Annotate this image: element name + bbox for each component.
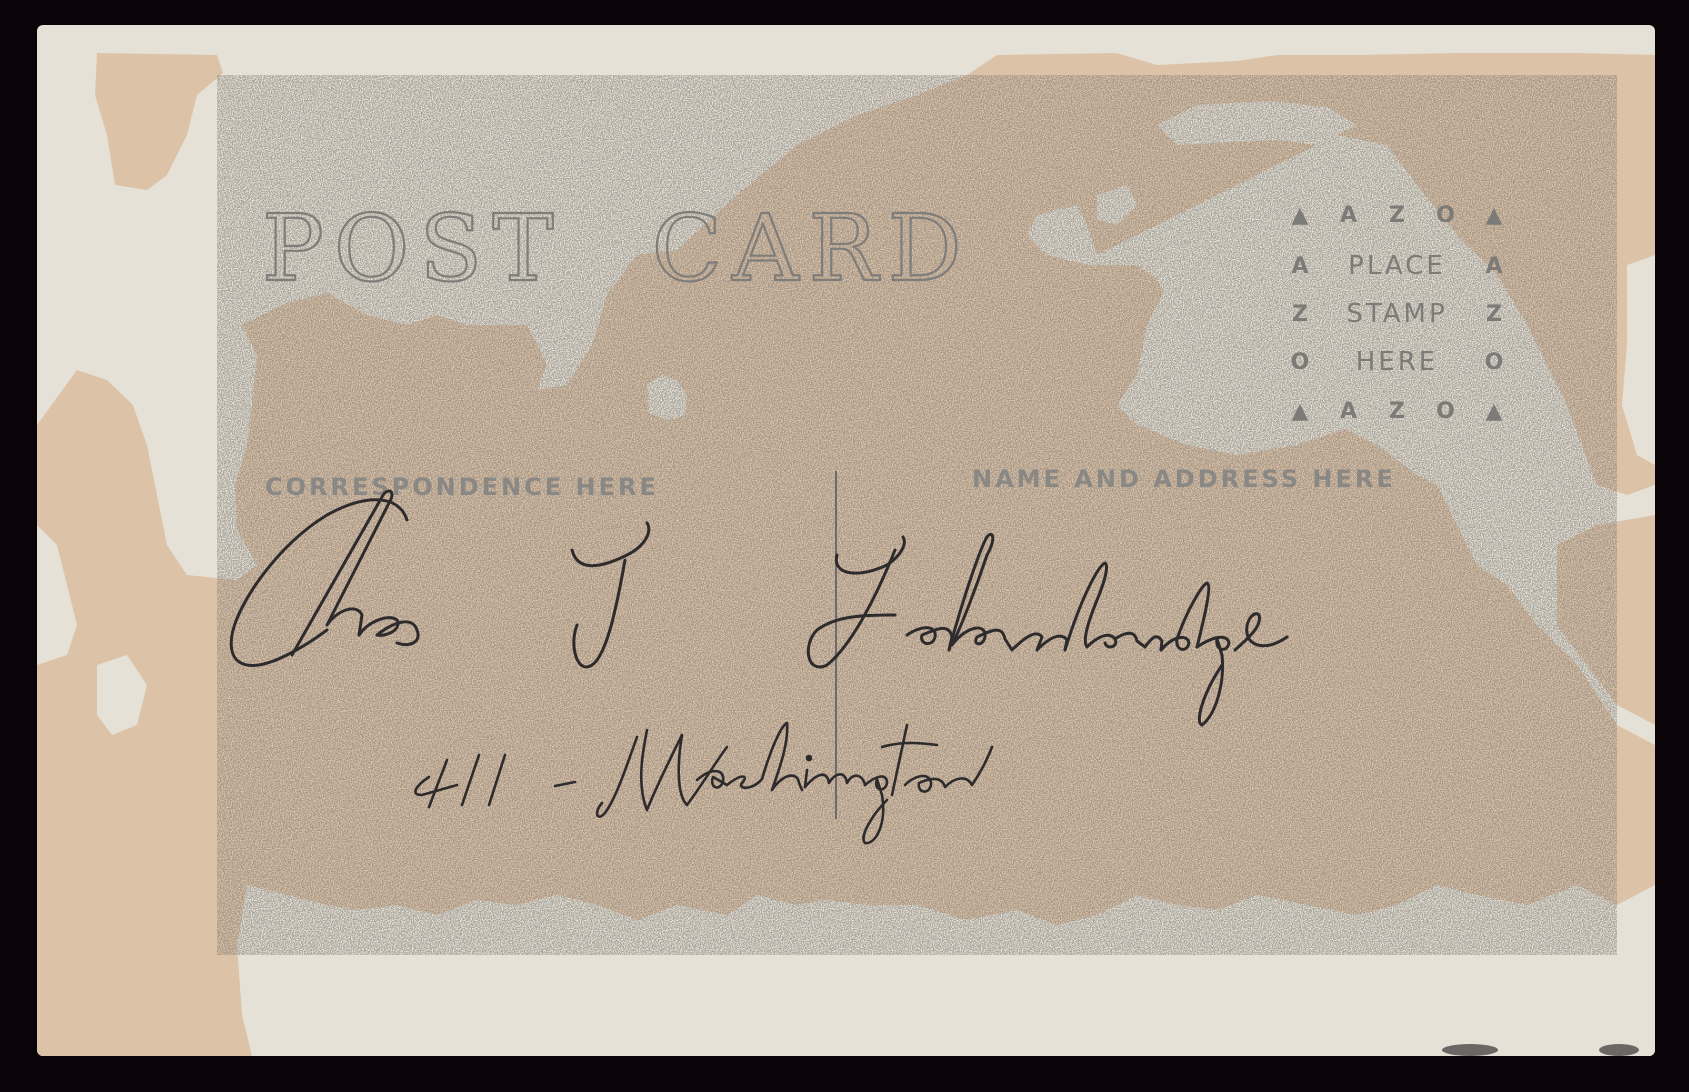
handwritten-address: [37, 25, 1655, 1056]
handwriting-line-1: [231, 491, 1287, 725]
postcard-back: POSTCARD CORRESPONDENCE HERE NAME AND AD…: [37, 25, 1655, 1056]
handwriting-line-2: [415, 723, 992, 843]
